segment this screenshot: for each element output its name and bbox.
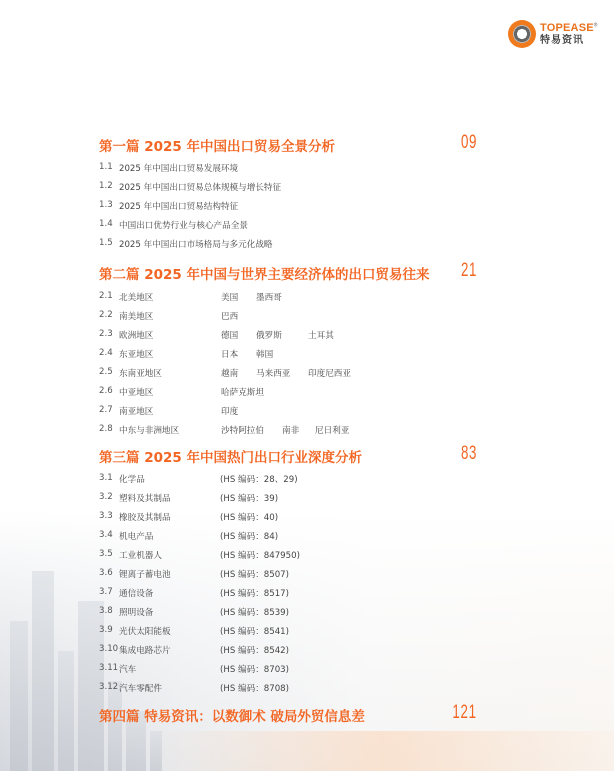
page-number: 09 (461, 132, 477, 154)
item-number: 1.4 (99, 219, 113, 229)
toc-part-4[interactable]: 第四篇 特易资讯：以数御术 破局外贸信息差 121 (99, 705, 477, 725)
item-label: 东南亚地区 (119, 367, 162, 379)
item-number: 3.5 (99, 549, 113, 559)
item-number: 2.3 (99, 329, 113, 339)
item-number: 3.6 (99, 568, 113, 578)
brand-name-en: TOPEASE (540, 22, 594, 34)
item-number: 2.6 (99, 386, 113, 396)
page-number: 21 (461, 260, 477, 282)
page-number: 121 (453, 702, 477, 724)
hs-code: (HS 编码：8542) (220, 644, 289, 656)
hs-code: (HS 编码：8703) (220, 663, 289, 675)
country: 南非 (282, 424, 299, 436)
ring-logo-icon (508, 20, 536, 48)
item-label: 塑料及其制品 (119, 492, 171, 504)
part-title: 第二篇 2025 年中国与世界主要经济体的出口贸易往来 (99, 263, 429, 283)
item-number: 3.8 (99, 606, 113, 616)
toc-part-3[interactable]: 第三篇 2025 年中国热门出口行业深度分析 83 (99, 446, 477, 466)
item-label: 北美地区 (119, 291, 153, 303)
item-label: 汽车零配件 (119, 682, 162, 694)
item-number: 2.7 (99, 405, 113, 415)
hs-code: (HS 编码：8507) (220, 568, 289, 580)
country: 土耳其 (308, 329, 334, 341)
item-label: 光伏太阳能板 (119, 625, 171, 637)
item-label: 中国出口优势行业与核心产品全景 (119, 219, 248, 231)
item-label: 锂离子蓄电池 (119, 568, 171, 580)
brand-name-cn: 特易资讯 (540, 36, 598, 46)
item-label: 2025 年中国出口贸易发展环境 (119, 162, 238, 174)
hs-code: (HS 编码：28、29) (220, 473, 298, 485)
item-label: 东亚地区 (119, 348, 153, 360)
item-label: 南美地区 (119, 310, 153, 322)
country: 马来西亚 (256, 367, 290, 379)
country: 哈萨克斯坦 (221, 386, 264, 398)
country: 俄罗斯 (256, 329, 282, 341)
country: 美国 (221, 291, 238, 303)
item-label: 照明设备 (119, 606, 153, 618)
item-number: 1.2 (99, 181, 113, 191)
country: 巴西 (221, 310, 238, 322)
item-number: 3.4 (99, 530, 113, 540)
country: 尼日利亚 (315, 424, 349, 436)
country: 印度尼西亚 (308, 367, 351, 379)
hs-code: (HS 编码：8541) (220, 625, 289, 637)
item-label: 工业机器人 (119, 549, 162, 561)
item-number: 1.1 (99, 162, 113, 172)
country: 日本 (221, 348, 238, 360)
item-number: 3.11 (99, 663, 118, 673)
item-label: 机电产品 (119, 530, 153, 542)
item-number: 3.12 (99, 682, 118, 692)
item-number: 2.2 (99, 310, 113, 320)
hs-code: (HS 编码：8708) (220, 682, 289, 694)
hs-code: (HS 编码：8539) (220, 606, 289, 618)
item-number: 3.7 (99, 587, 113, 597)
item-number: 2.1 (99, 291, 113, 301)
country: 墨西哥 (256, 291, 282, 303)
item-label: 集成电路芯片 (119, 644, 171, 656)
hs-code: (HS 编码：84) (220, 530, 278, 542)
item-label: 欧洲地区 (119, 329, 153, 341)
country: 越南 (221, 367, 238, 379)
item-number: 3.2 (99, 492, 113, 502)
item-label: 2025 年中国出口贸易总体规模与增长特征 (119, 181, 281, 193)
item-label: 2025 年中国出口市场格局与多元化战略 (119, 238, 273, 250)
city-skyline-background (0, 511, 614, 771)
country: 德国 (221, 329, 238, 341)
item-label: 中亚地区 (119, 386, 153, 398)
item-number: 3.10 (99, 644, 118, 654)
item-number: 3.9 (99, 625, 113, 635)
item-label: 南亚地区 (119, 405, 153, 417)
country: 印度 (221, 405, 238, 417)
registered-mark: ® (594, 22, 598, 28)
item-number: 3.3 (99, 511, 113, 521)
item-label: 橡胶及其制品 (119, 511, 171, 523)
item-number: 1.5 (99, 238, 113, 248)
hs-code: (HS 编码：8517) (220, 587, 289, 599)
part-title: 第四篇 特易资讯：以数御术 破局外贸信息差 (99, 705, 365, 725)
item-label: 通信设备 (119, 587, 153, 599)
item-label: 汽车 (119, 663, 136, 675)
item-number: 2.8 (99, 424, 113, 434)
hs-code: (HS 编码：40) (220, 511, 278, 523)
toc-part-2[interactable]: 第二篇 2025 年中国与世界主要经济体的出口贸易往来 21 (99, 263, 477, 283)
item-number: 2.5 (99, 367, 113, 377)
hs-code: (HS 编码：847950) (220, 549, 300, 561)
item-number: 3.1 (99, 473, 113, 483)
item-number: 2.4 (99, 348, 113, 358)
country: 韩国 (256, 348, 273, 360)
topease-logo: TOPEASE® 特易资讯 (508, 20, 598, 48)
country: 沙特阿拉伯 (221, 424, 264, 436)
part-title: 第三篇 2025 年中国热门出口行业深度分析 (99, 446, 362, 466)
item-label: 中东与非洲地区 (119, 424, 179, 436)
toc-part-1[interactable]: 第一篇 2025 年中国出口贸易全景分析 09 (99, 135, 477, 155)
page-number: 83 (461, 443, 477, 465)
hs-code: (HS 编码：39) (220, 492, 278, 504)
item-label: 2025 年中国出口贸易结构特征 (119, 200, 238, 212)
item-number: 1.3 (99, 200, 113, 210)
part-title: 第一篇 2025 年中国出口贸易全景分析 (99, 135, 335, 155)
item-label: 化学品 (119, 473, 145, 485)
